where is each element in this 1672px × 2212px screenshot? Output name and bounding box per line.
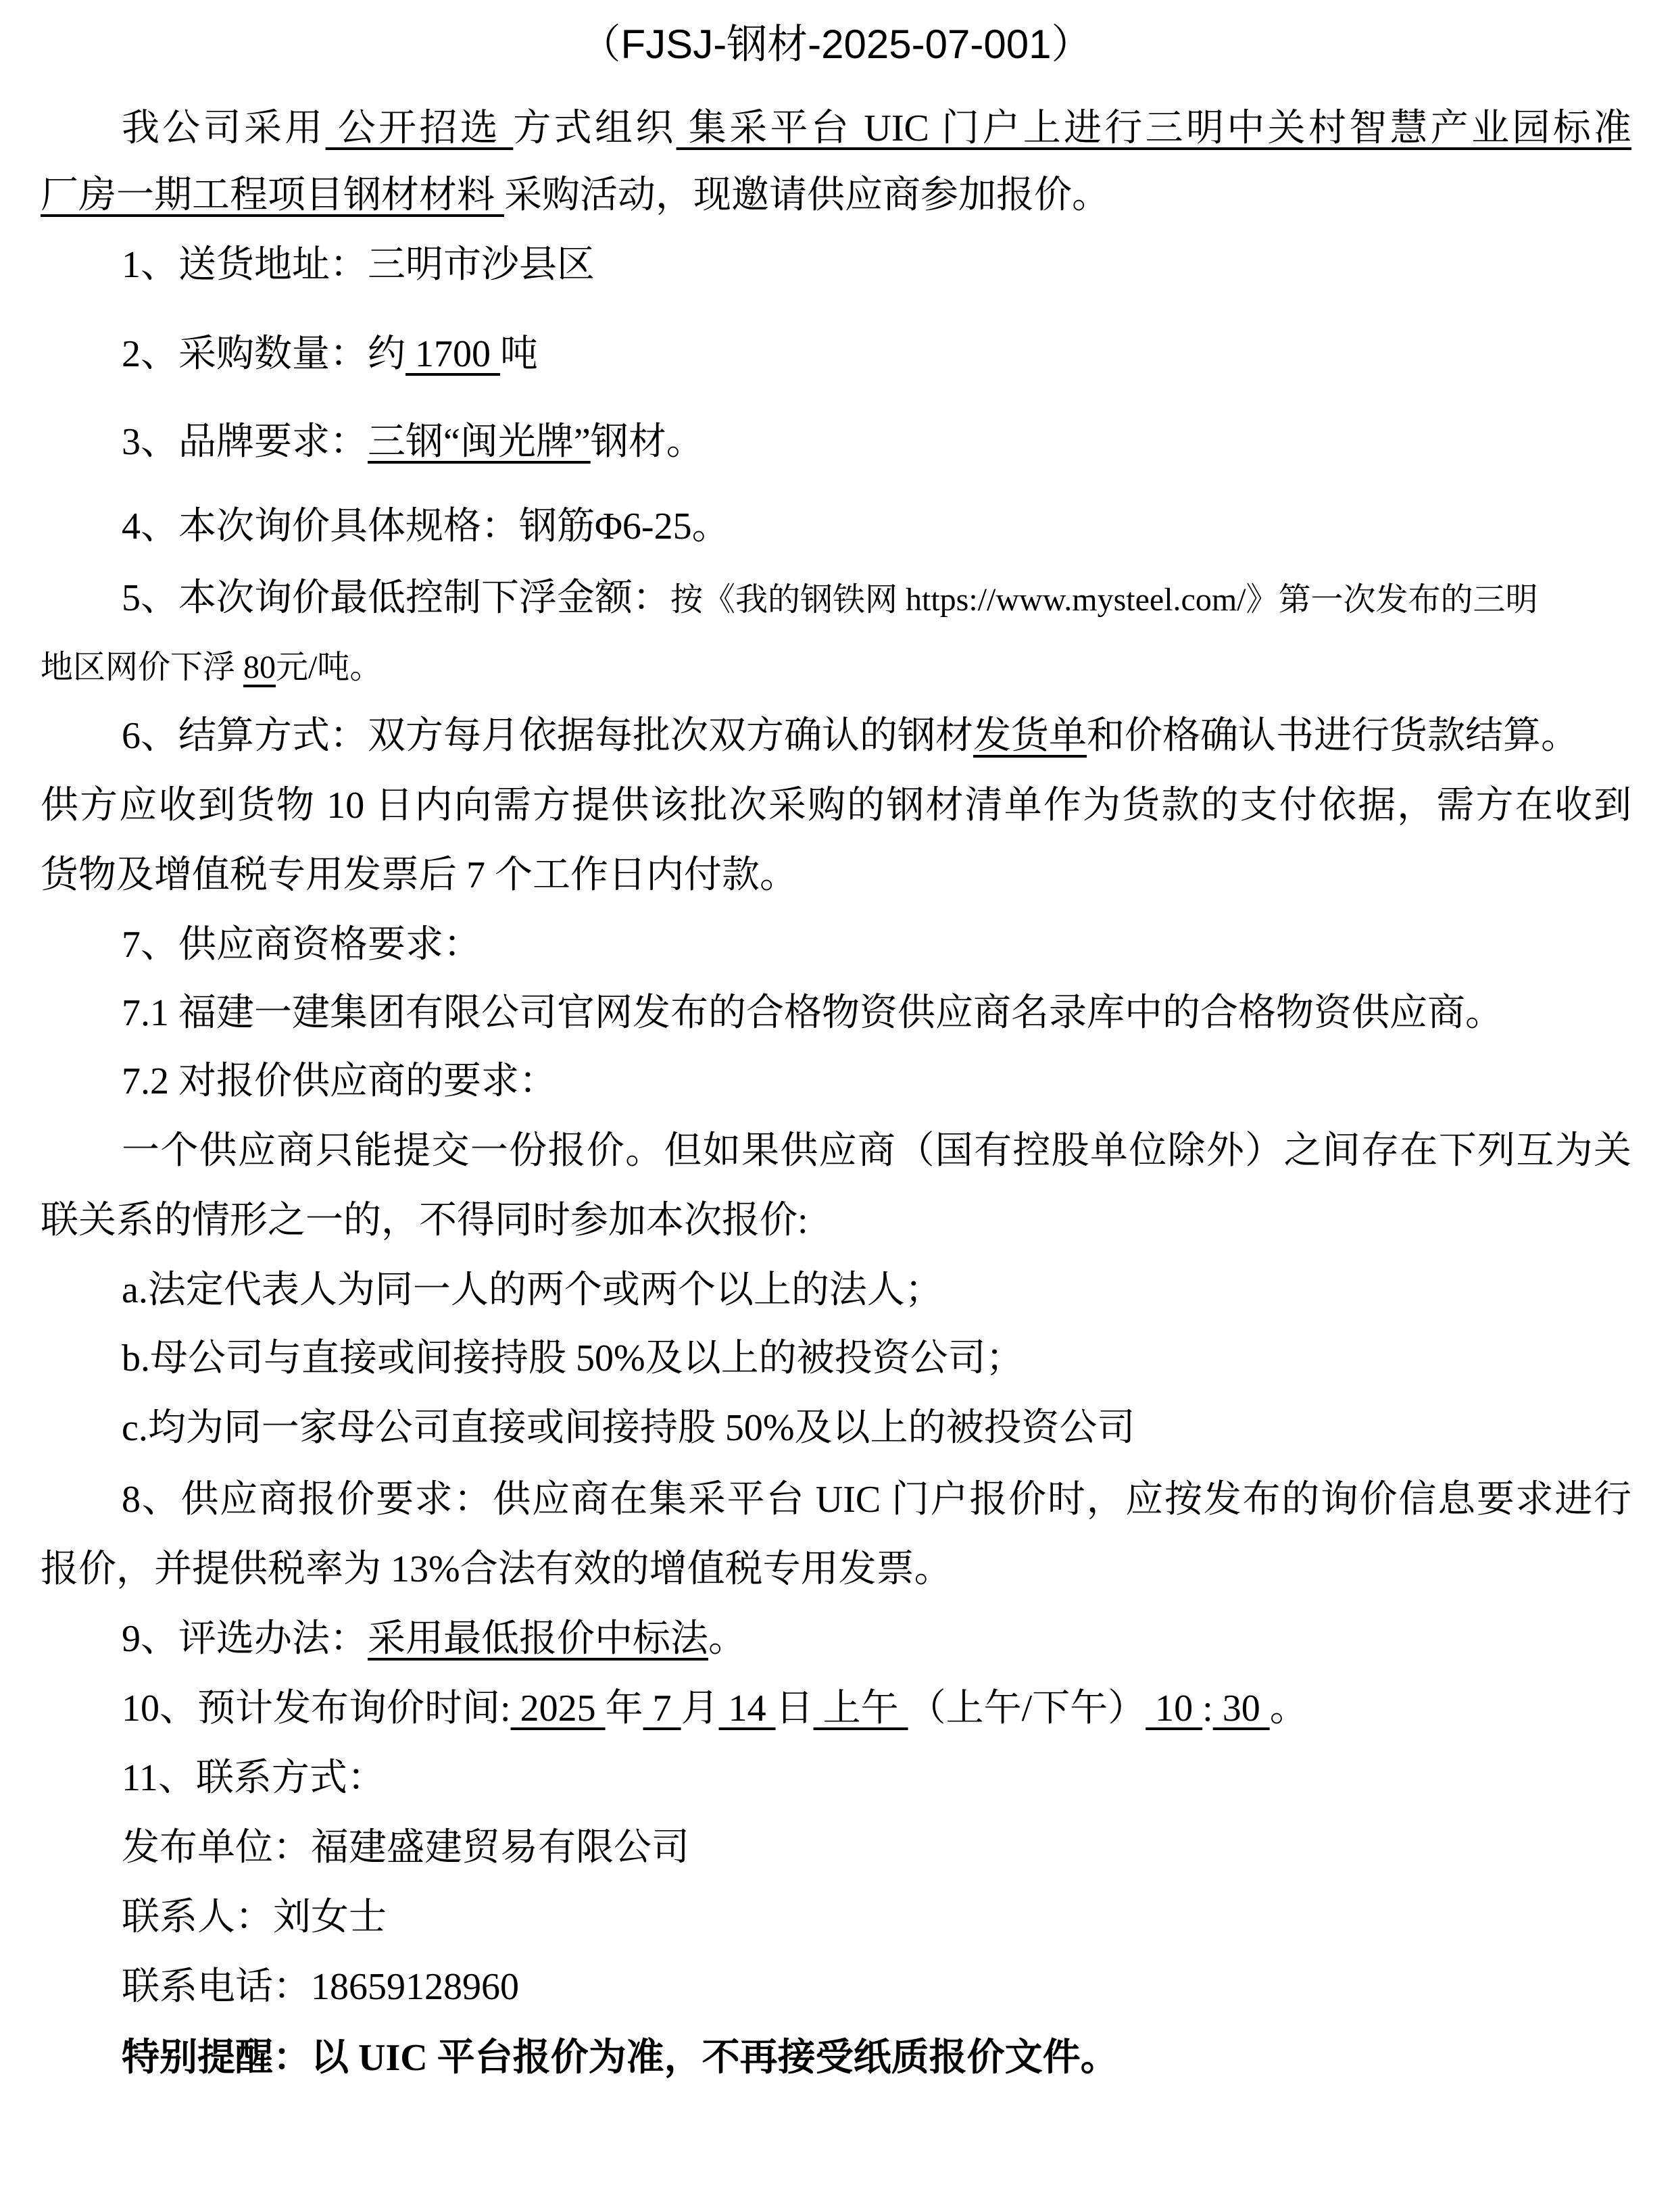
period-hint: （上午/下午）	[908, 1688, 1146, 1729]
item-float-line-1: 5、本次询价最低控制下浮金额：按《我的钢铁网 https://www.myste…	[122, 564, 1631, 632]
delivery-address: 三明市沙县区	[368, 244, 595, 286]
punctuation: 。	[708, 1618, 746, 1660]
schedule-year: 2025	[511, 1688, 606, 1729]
schedule-minute: 30	[1213, 1688, 1270, 1729]
item-delivery-address: 1、送货地址：三明市沙县区	[122, 231, 1631, 299]
delivery-note: 发货单	[973, 715, 1087, 757]
quantity-unit: 吨	[500, 333, 538, 375]
time-colon: :	[1202, 1688, 1213, 1729]
qualification-case-a: a.法定代表人为同一人的两个或两个以上的法人；	[122, 1256, 1631, 1324]
qualification-heading: 7、供应商资格要求：	[122, 911, 1631, 979]
spec-value: 钢筋Φ6-25。	[519, 506, 730, 547]
quote-requirement-line-2: 报价，并提供税率为 13%合法有效的增值税专用发票。	[41, 1535, 1631, 1603]
item-settlement-line-2: 供方应收到货物 10 日内向需方提供该批次采购的钢材清单作为货款的支付依据，需方…	[41, 772, 1631, 839]
evaluation-method: 采用最低报价中标法	[368, 1618, 708, 1660]
special-reminder: 特别提醒：以 UIC 平台报价为准，不再接受纸质报价文件。	[122, 2024, 1631, 2092]
quantity-value: 1700	[405, 333, 500, 375]
float-text: 地区网价下浮	[41, 649, 243, 685]
intro-text: 方式组织	[513, 107, 676, 149]
contact-publisher: 发布单位：福建盛建贸易有限公司	[122, 1814, 1631, 1882]
item-spec: 4、本次询价具体规格：钢筋Φ6-25。	[122, 493, 1631, 560]
document-title: （FJSJ-钢材-2025-07-001）	[0, 11, 1672, 78]
schedule-day: 14	[719, 1688, 776, 1729]
qualification-rule-line-2: 联关系的情形之一的，不得同时参加本次报价:	[41, 1187, 1631, 1254]
qualification-7-1: 7.1 福建一建集团有限公司官网发布的合格物资供应商名录库中的合格物资供应商。	[122, 979, 1631, 1047]
year-unit: 年	[606, 1688, 643, 1729]
qualification-case-c: c.均为同一家母公司直接或间接持股 50%及以上的被投资公司	[122, 1394, 1631, 1462]
schedule-hour: 10	[1146, 1688, 1202, 1729]
brand-value: 三钢“闽光牌”	[368, 421, 591, 463]
item-label: 10、预计发布询价时间:	[122, 1688, 511, 1729]
float-unit: 元/吨。	[276, 649, 382, 685]
schedule-month: 7	[643, 1688, 681, 1729]
schedule-period: 上午	[814, 1688, 908, 1729]
item-float-line-2: 地区网价下浮 80元/吨。	[41, 634, 1631, 702]
contact-person: 联系人：刘女士	[122, 1884, 1631, 1951]
item-evaluation: 9、评选办法：采用最低报价中标法。	[122, 1605, 1631, 1673]
item-label: 4、本次询价具体规格：	[122, 506, 519, 547]
item-label: 3、品牌要求：	[122, 421, 368, 463]
float-reference: 按《我的钢铁网 https://www.mysteel.com/》第一次发布的三…	[670, 582, 1538, 618]
item-settlement-line-1: 6、结算方式：双方每月依据每批次双方确认的钢材发货单和价格确认书进行货款结算。	[122, 702, 1631, 770]
item-brand: 3、品牌要求：三钢“闽光牌”钢材。	[122, 408, 1631, 476]
brand-suffix: 钢材。	[591, 421, 704, 463]
qualification-7-2: 7.2 对报价供应商的要求：	[122, 1048, 1631, 1115]
item-label: 9、评选办法：	[122, 1618, 368, 1660]
intro-line-1: 我公司采用 公开招选 方式组织 集采平台 UIC 门户上进行三明中关村智慧产业园…	[122, 95, 1631, 162]
day-unit: 日	[776, 1688, 814, 1729]
item-schedule: 10、预计发布询价时间: 2025 年 7 月 14 日 上午 （上午/下午） …	[122, 1675, 1631, 1742]
procurement-method: 公开招选	[326, 107, 514, 149]
punctuation: 。	[1270, 1688, 1308, 1729]
qualification-rule-line-1: 一个供应商只能提交一份报价。但如果供应商（国有控股单位除外）之间存在下列互为关	[122, 1117, 1631, 1185]
contact-heading: 11、联系方式：	[122, 1744, 1631, 1812]
qualification-case-b: b.母公司与直接或间接持股 50%及以上的被投资公司；	[122, 1325, 1631, 1392]
item-settlement-line-3: 货物及增值税专用发票后 7 个工作日内付款。	[41, 841, 1631, 909]
item-label: 1、送货地址：	[122, 244, 368, 286]
contact-phone: 联系电话：18659128960	[122, 1953, 1631, 2021]
item-label: 2、采购数量：约	[122, 333, 405, 375]
project-name: 厂房一期工程项目钢材材料	[41, 174, 504, 216]
intro-text: 我公司采用	[122, 107, 326, 149]
intro-line-2: 厂房一期工程项目钢材材料 采购活动，现邀请供应商参加报价。	[41, 162, 1631, 229]
month-unit: 月	[681, 1688, 719, 1729]
item-quantity: 2、采购数量：约 1700 吨	[122, 320, 1631, 388]
settlement-text: 6、结算方式：双方每月依据每批次双方确认的钢材	[122, 715, 973, 757]
quote-requirement-line-1: 8、供应商报价要求：供应商在集采平台 UIC 门户报价时，应按发布的询价信息要求…	[122, 1466, 1631, 1533]
item-label: 5、本次询价最低控制下浮金额：	[122, 577, 670, 619]
project-name: 集采平台 UIC 门户上进行三明中关村智慧产业园标准	[677, 107, 1631, 149]
float-amount: 80	[243, 649, 276, 685]
intro-text: 采购活动，现邀请供应商参加报价。	[504, 174, 1110, 216]
settlement-text: 和价格确认书进行货款结算。	[1087, 715, 1579, 757]
